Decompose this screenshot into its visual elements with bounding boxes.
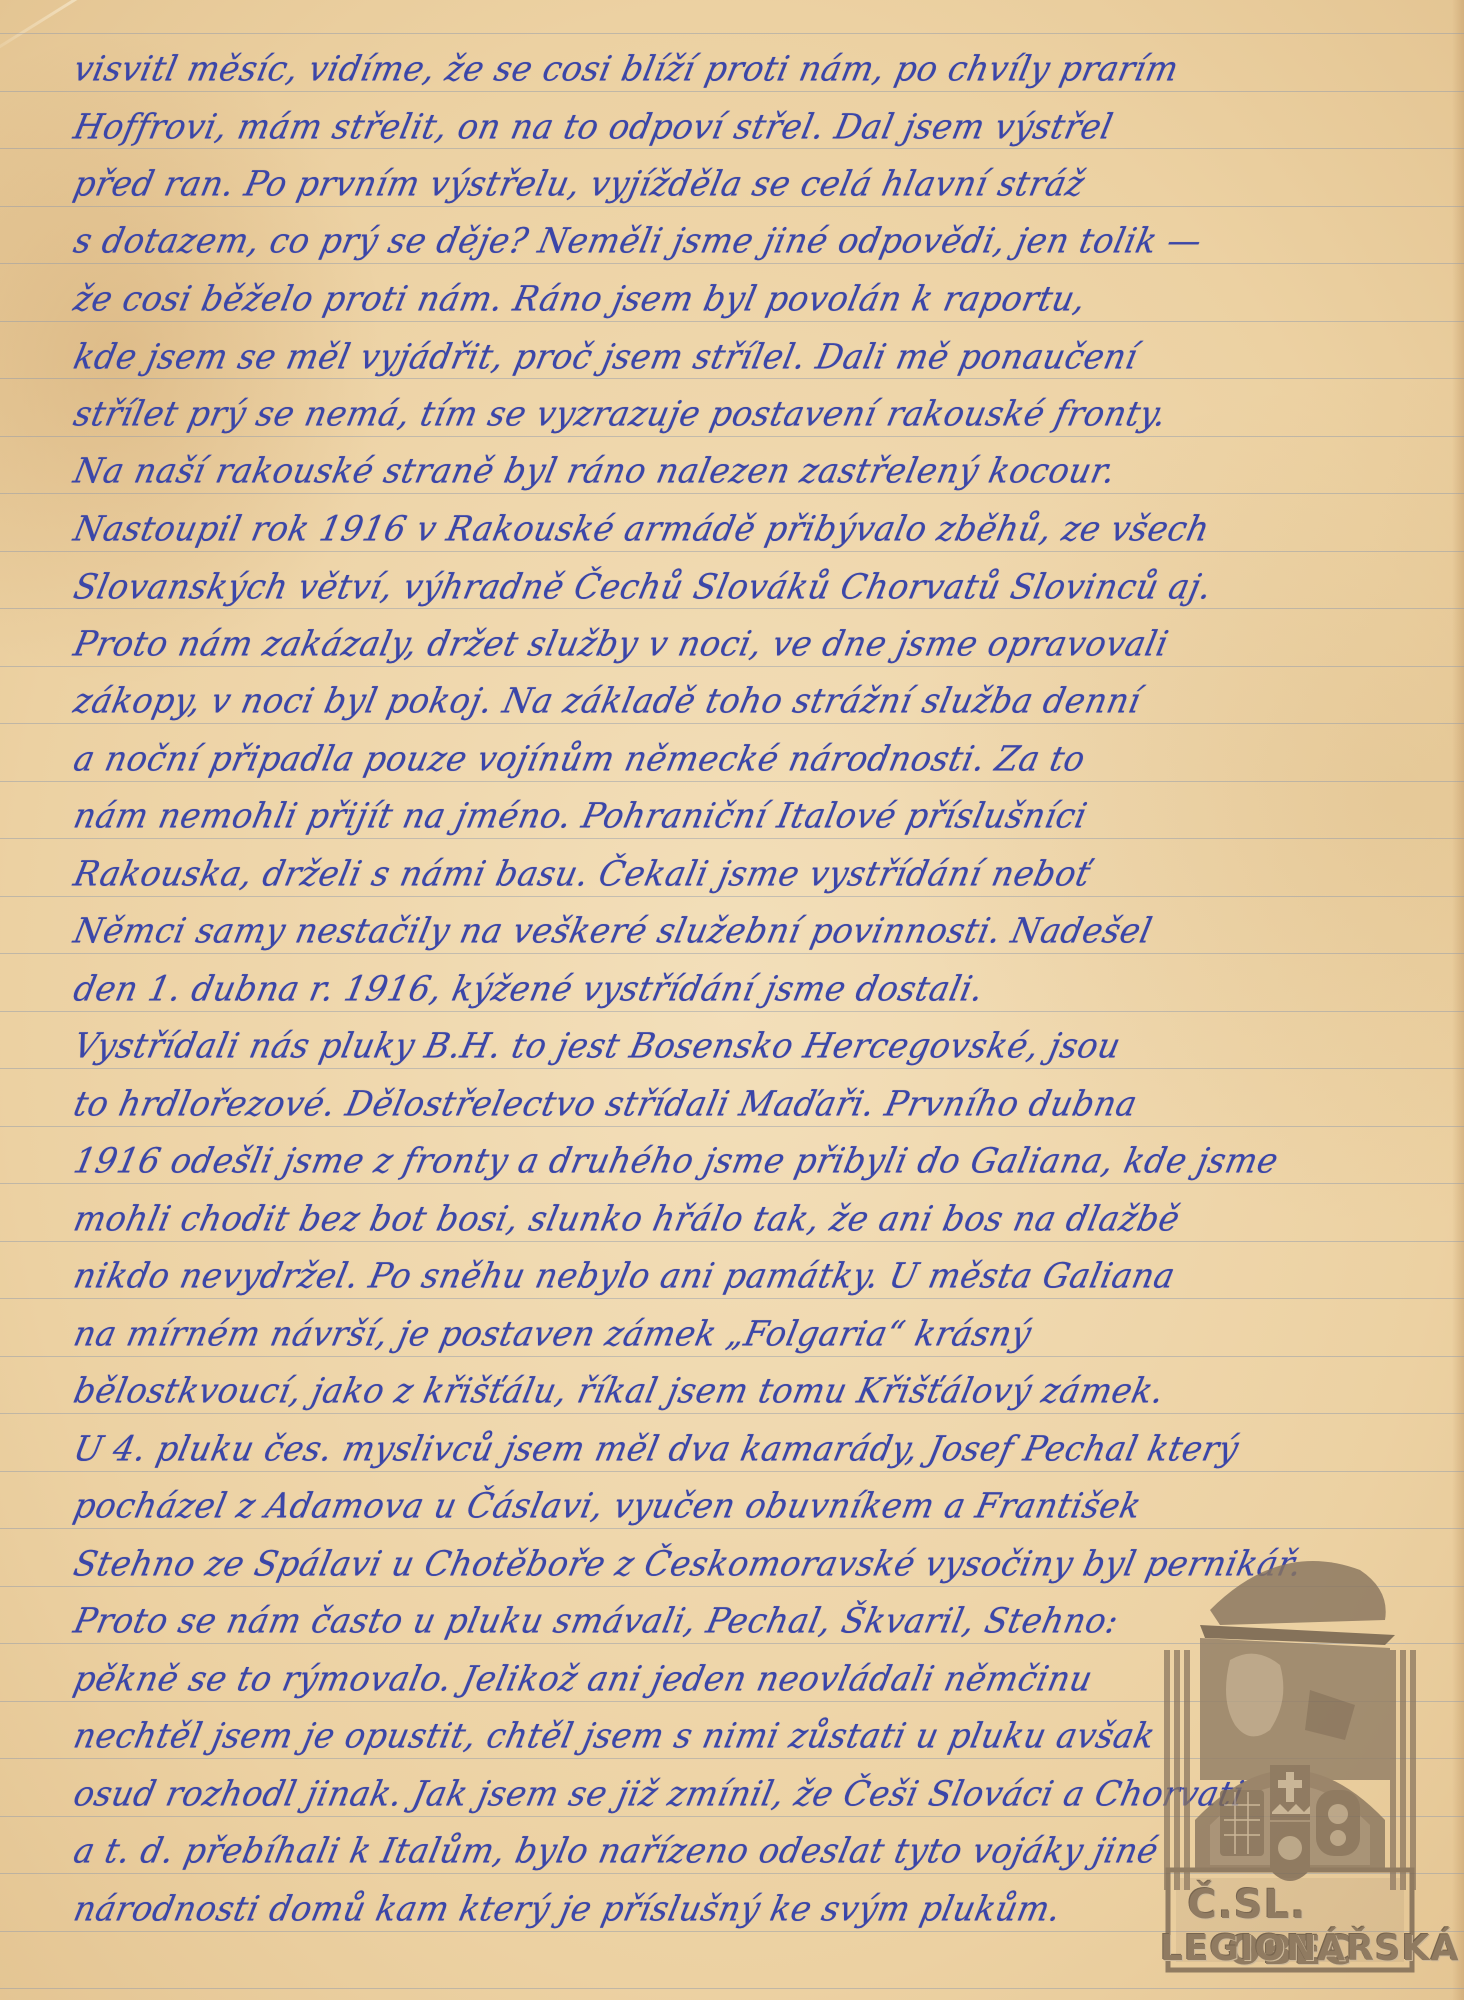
- text-line: bělostkvoucí, jako z křišťálu, říkal jse…: [70, 1370, 1419, 1412]
- text-line: že cosi běželo proti nám. Ráno jsem byl …: [70, 278, 1419, 320]
- text-line: s dotazem, co prý se děje? Neměli jsme j…: [70, 220, 1419, 262]
- text-line: Vystřídali nás pluky B.H. to jest Bosens…: [70, 1025, 1419, 1067]
- text-line: před ran. Po prvním výstřelu, vyjížděla …: [70, 163, 1419, 205]
- text-line: kde jsem se měl vyjádřit, proč jsem stří…: [70, 336, 1419, 378]
- text-line: pocházel z Adamova u Čáslavi, vyučen obu…: [70, 1485, 1419, 1527]
- text-line: Hoffrovi, mám střelit, on na to odpoví s…: [70, 106, 1419, 148]
- text-line: Na naší rakouské straně byl ráno nalezen…: [70, 450, 1419, 492]
- text-line: to hrdlořezové. Dělostřelectvo střídali …: [70, 1083, 1419, 1125]
- text-line: mohli chodit bez bot bosi, slunko hřálo …: [70, 1198, 1419, 1240]
- text-line: Slovanských větví, výhradně Čechů Slovák…: [70, 566, 1419, 608]
- text-line: Rakouska, drželi s námi basu. Čekali jsm…: [70, 853, 1419, 895]
- watermark-line2: LEGIONÁŘSKÁ: [1160, 1928, 1420, 1969]
- legion-watermark-logo: Č.SL.OBEC LEGIONÁŘSKÁ: [1160, 1530, 1420, 1975]
- text-line: zákopy, v noci byl pokoj. Na základě toh…: [70, 680, 1419, 722]
- text-line: U 4. pluku čes. myslivců jsem měl dva ka…: [70, 1428, 1419, 1470]
- text-line: nám nemohli přijít na jméno. Pohraniční …: [70, 795, 1419, 837]
- text-line: nikdo nevydržel. Po sněhu nebylo ani pam…: [70, 1255, 1419, 1297]
- text-line: visvitl měsíc, vidíme, že se cosi blíží …: [70, 48, 1419, 90]
- paper-page: visvitl měsíc, vidíme, že se cosi blíží …: [0, 0, 1464, 2000]
- text-line: den 1. dubna r. 1916, kýžené vystřídání …: [70, 968, 1419, 1010]
- text-line: na mírném návrší, je postaven zámek „Fol…: [70, 1313, 1419, 1355]
- text-line: Nastoupil rok 1916 v Rakouské armádě při…: [70, 508, 1419, 550]
- text-line: Proto nám zakázaly, držet služby v noci,…: [70, 623, 1419, 665]
- watermark-csl-text: Č.SL.: [1187, 1882, 1306, 1928]
- text-line: a noční připadla pouze vojínům německé n…: [70, 738, 1419, 780]
- text-line: 1916 odešli jsme z fronty a druhého jsme…: [70, 1140, 1419, 1182]
- text-line: střílet prý se nemá, tím se vyzrazuje po…: [70, 393, 1419, 435]
- text-line: Němci samy nestačily na veškeré služební…: [70, 910, 1419, 952]
